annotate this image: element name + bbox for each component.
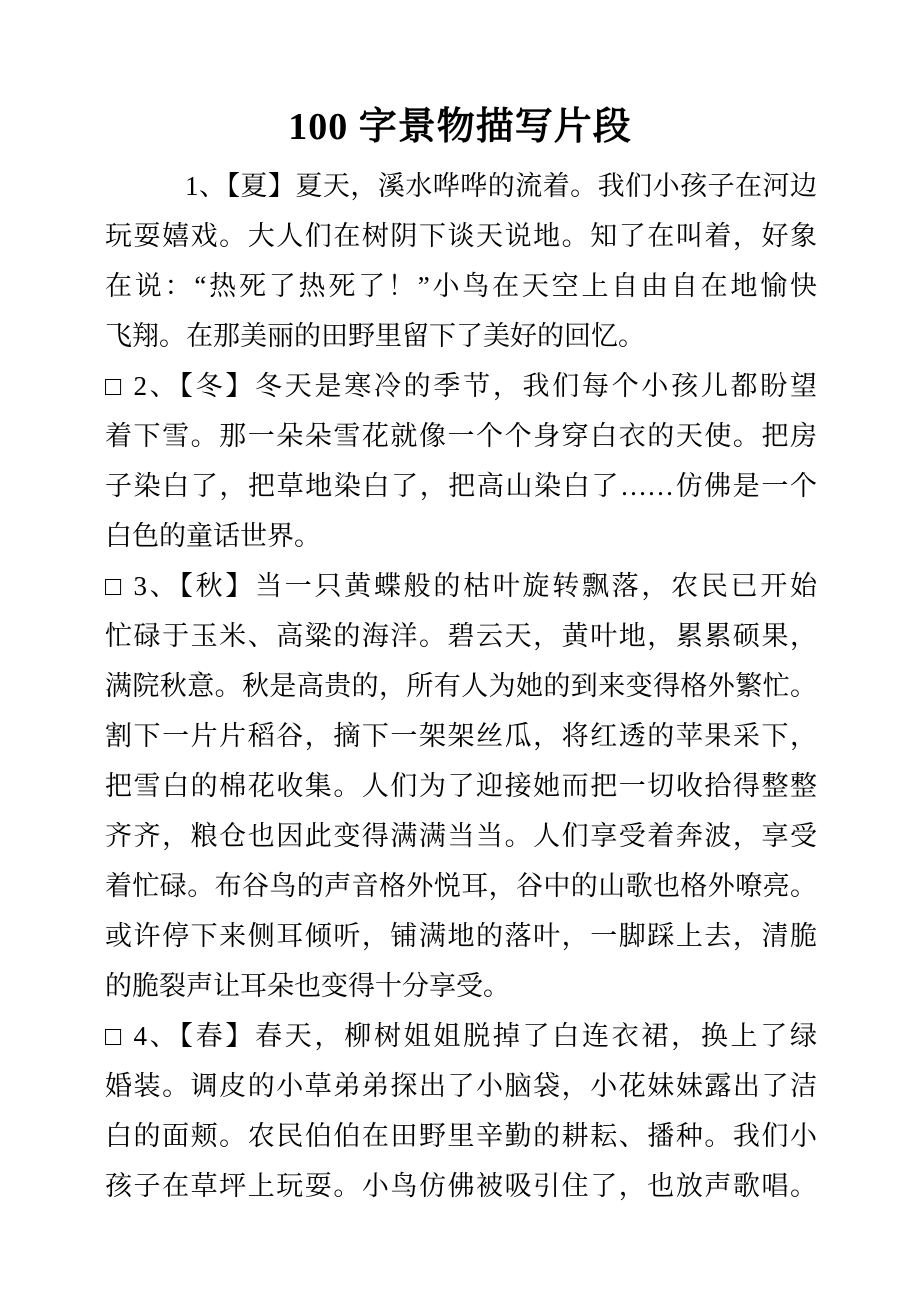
text-line: 的脆裂声让耳朵也变得十分享受。 xyxy=(105,961,817,1011)
document-title: 100 字景物描写片段 xyxy=(0,0,920,151)
text-line: 玩耍嬉戏。大人们在树阴下谈天说地。知了在叫着，好象 xyxy=(105,211,817,261)
text-line: 把雪白的棉花收集。人们为了迎接她而把一切收拾得整整 xyxy=(105,761,817,811)
document-body: 1、【夏】夏天，溪水哗哗的流着。我们小孩子在河边玩耍嬉戏。大人们在树阴下谈天说地… xyxy=(105,161,817,1211)
text-line: 着下雪。那一朵朵雪花就像一个个身穿白衣的天使。把房 xyxy=(105,411,817,461)
text-line: 1、【夏】夏天，溪水哗哗的流着。我们小孩子在河边 xyxy=(105,161,817,211)
document-page: 100 字景物描写片段 1、【夏】夏天，溪水哗哗的流着。我们小孩子在河边玩耍嬉戏… xyxy=(0,0,920,1302)
text-line: 孩子在草坪上玩耍。小鸟仿佛被吸引住了，也放声歌唱。 xyxy=(105,1161,817,1211)
text-line: □ 3、【秋】当一只黄蝶般的枯叶旋转飘落，农民已开始 xyxy=(105,561,817,611)
text-line: 齐齐，粮仓也因此变得满满当当。人们享受着奔波，享受 xyxy=(105,811,817,861)
text-line: 忙碌于玉米、高粱的海洋。碧云天，黄叶地，累累硕果， xyxy=(105,611,817,661)
text-line: 割下一片片稻谷，摘下一架架丝瓜，将红透的苹果采下， xyxy=(105,711,817,761)
text-line: 婚装。调皮的小草弟弟探出了小脑袋，小花妹妹露出了洁 xyxy=(105,1061,817,1111)
text-line: 白的面颊。农民伯伯在田野里辛勤的耕耘、播种。我们小 xyxy=(105,1111,817,1161)
text-line: 满院秋意。秋是高贵的，所有人为她的到来变得格外繁忙。 xyxy=(105,661,817,711)
text-line: 在说：“热死了热死了！”小鸟在天空上自由自在地愉快 xyxy=(105,261,817,311)
text-line: 或许停下来侧耳倾听，铺满地的落叶，一脚踩上去，清脆 xyxy=(105,911,817,961)
text-line: 飞翔。在那美丽的田野里留下了美好的回忆。 xyxy=(105,311,817,361)
text-line: 白色的童话世界。 xyxy=(105,511,817,561)
paragraph-spring: □ 4、【春】春天，柳树姐姐脱掉了白连衣裙，换上了绿婚装。调皮的小草弟弟探出了小… xyxy=(105,1011,817,1211)
text-line: □ 4、【春】春天，柳树姐姐脱掉了白连衣裙，换上了绿 xyxy=(105,1011,817,1061)
paragraph-winter: □ 2、【冬】冬天是寒冷的季节，我们每个小孩儿都盼望着下雪。那一朵朵雪花就像一个… xyxy=(105,361,817,561)
text-line: 着忙碌。布谷鸟的声音格外悦耳，谷中的山歌也格外嘹亮。 xyxy=(105,861,817,911)
text-line: □ 2、【冬】冬天是寒冷的季节，我们每个小孩儿都盼望 xyxy=(105,361,817,411)
paragraph-summer: 1、【夏】夏天，溪水哗哗的流着。我们小孩子在河边玩耍嬉戏。大人们在树阴下谈天说地… xyxy=(105,161,817,361)
text-line: 子染白了，把草地染白了，把高山染白了……仿佛是一个 xyxy=(105,461,817,511)
paragraph-autumn: □ 3、【秋】当一只黄蝶般的枯叶旋转飘落，农民已开始忙碌于玉米、高粱的海洋。碧云… xyxy=(105,561,817,1011)
